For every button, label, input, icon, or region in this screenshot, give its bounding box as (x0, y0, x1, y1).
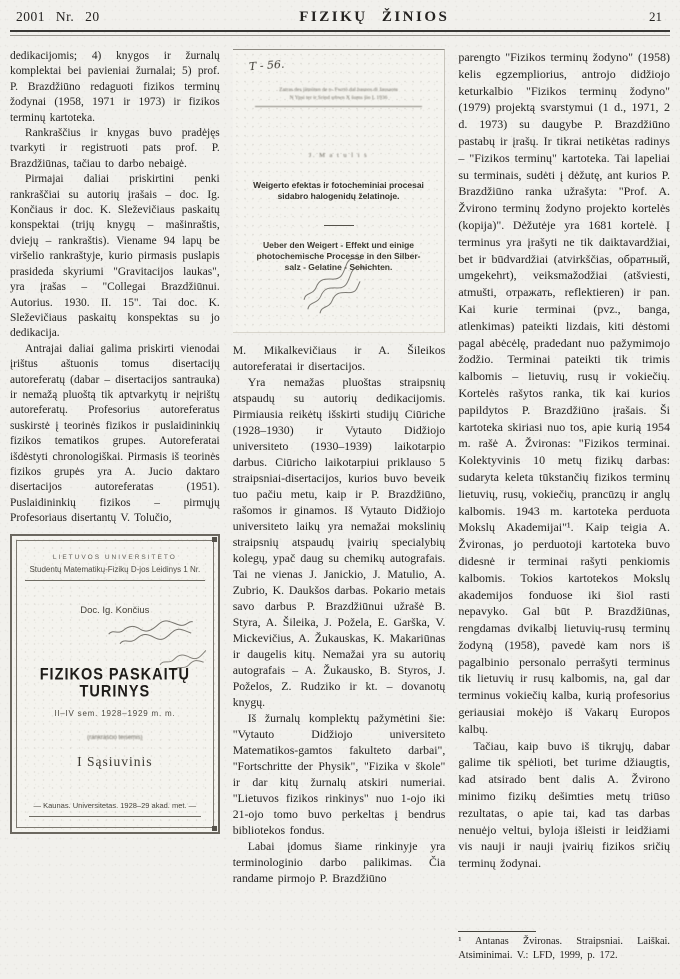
cover-title: FIZIKOS PASKAITŲ TURINYS (17, 666, 213, 701)
column-2: T - 56. Zatras des jätnüten de n- Fwrtö … (233, 49, 446, 968)
handwritten-dedication (103, 615, 197, 652)
footnote-rule (458, 931, 536, 932)
paragraph: parengto "Fizikos terminų žodyno" (1958)… (458, 49, 670, 738)
handwritten-call-number: T - 56. (248, 57, 285, 75)
frame-corner-mark (212, 826, 217, 831)
footnote-text: ¹ Antanas Žvironas. Straipsniai. Laiškai… (458, 935, 670, 962)
paragraph: Iš žurnalų komplektų pažymėtini šie: "Vy… (233, 710, 446, 838)
paragraph: Labai įdomus šiame rinkinyje yra termino… (233, 838, 446, 886)
paragraph: Antrajai daliai galima priskirti vienoda… (10, 342, 220, 527)
issue-label: 2001 Nr. 20 (16, 9, 100, 25)
paragraph: Pirmajai daliai priskirtini penki rankra… (10, 172, 220, 341)
column-1: dedikacijomis; 4) knygos ir žurnalų komp… (10, 49, 220, 968)
paragraph: Rankraščius ir knygas buvo pradėjęs tvar… (10, 126, 220, 172)
paragraph: Yra nemažas pluoštas straipsnių atspaudų… (233, 374, 446, 710)
imprint-line: N Ypsi ter ir Srind srbwn X šums šio L 1… (290, 95, 388, 101)
titlepage-author: J. M a t u l i s (233, 148, 445, 164)
paragraph: dedikacijomis; 4) knygos ir žurnalų komp… (10, 49, 220, 126)
page-number: 21 (649, 9, 662, 25)
titlepage-divider (324, 225, 354, 226)
cover-volume: I Sąsiuvinis (17, 754, 213, 769)
cover-note: (rankraščio teisėmis) (17, 731, 213, 746)
cover-author: Doc. Ig. Končius (17, 603, 213, 618)
journal-title: FIZIKŲ ŽINIOS (299, 9, 449, 26)
column-3: parengto "Fizikos terminų žodyno" (1958)… (458, 49, 670, 968)
figure-title-page: T - 56. Zatras des jätnüten de n- Fwrtö … (233, 49, 446, 333)
paragraph: Tačiau, kaip buvo iš tikrųjų, dabar gali… (458, 738, 670, 872)
titlepage-imprint: Zatras des jätnüten de n- Fwrtö dal basn… (255, 86, 423, 107)
titlepage-title-lithuanian: Weigerto efektas ir fotocheminiai proces… (247, 180, 431, 202)
cover-imprint: — Kaunas. Universitetas. 1928–29 akad. m… (29, 798, 201, 816)
cover-subtitle: II–IV sem. 1928–1929 m. m. (17, 706, 213, 721)
imprint-line: Zatras des jätnüten de n- Fwrtö dal basn… (279, 87, 398, 93)
paragraph: M. Mikalkevičiaus ir A. Šileikos autoref… (233, 342, 446, 374)
page-header: 2001 Nr. 20 FIZIKŲ ŽINIOS 21 (0, 0, 680, 29)
book-cover-frame: LIETUVOS UNIVERSITETO Studentų Matematik… (16, 540, 214, 828)
cover-series-line: Studentų Matematikų-Fizikų D-jos Leidiny… (25, 562, 205, 581)
footnote: ¹ Antanas Žvironas. Straipsniai. Laiškai… (458, 931, 670, 968)
frame-corner-mark (212, 537, 217, 542)
figure-book-cover: LIETUVOS UNIVERSITETO Studentų Matematik… (10, 534, 220, 834)
article-body: dedikacijomis; 4) knygos ir žurnalų komp… (0, 36, 680, 968)
